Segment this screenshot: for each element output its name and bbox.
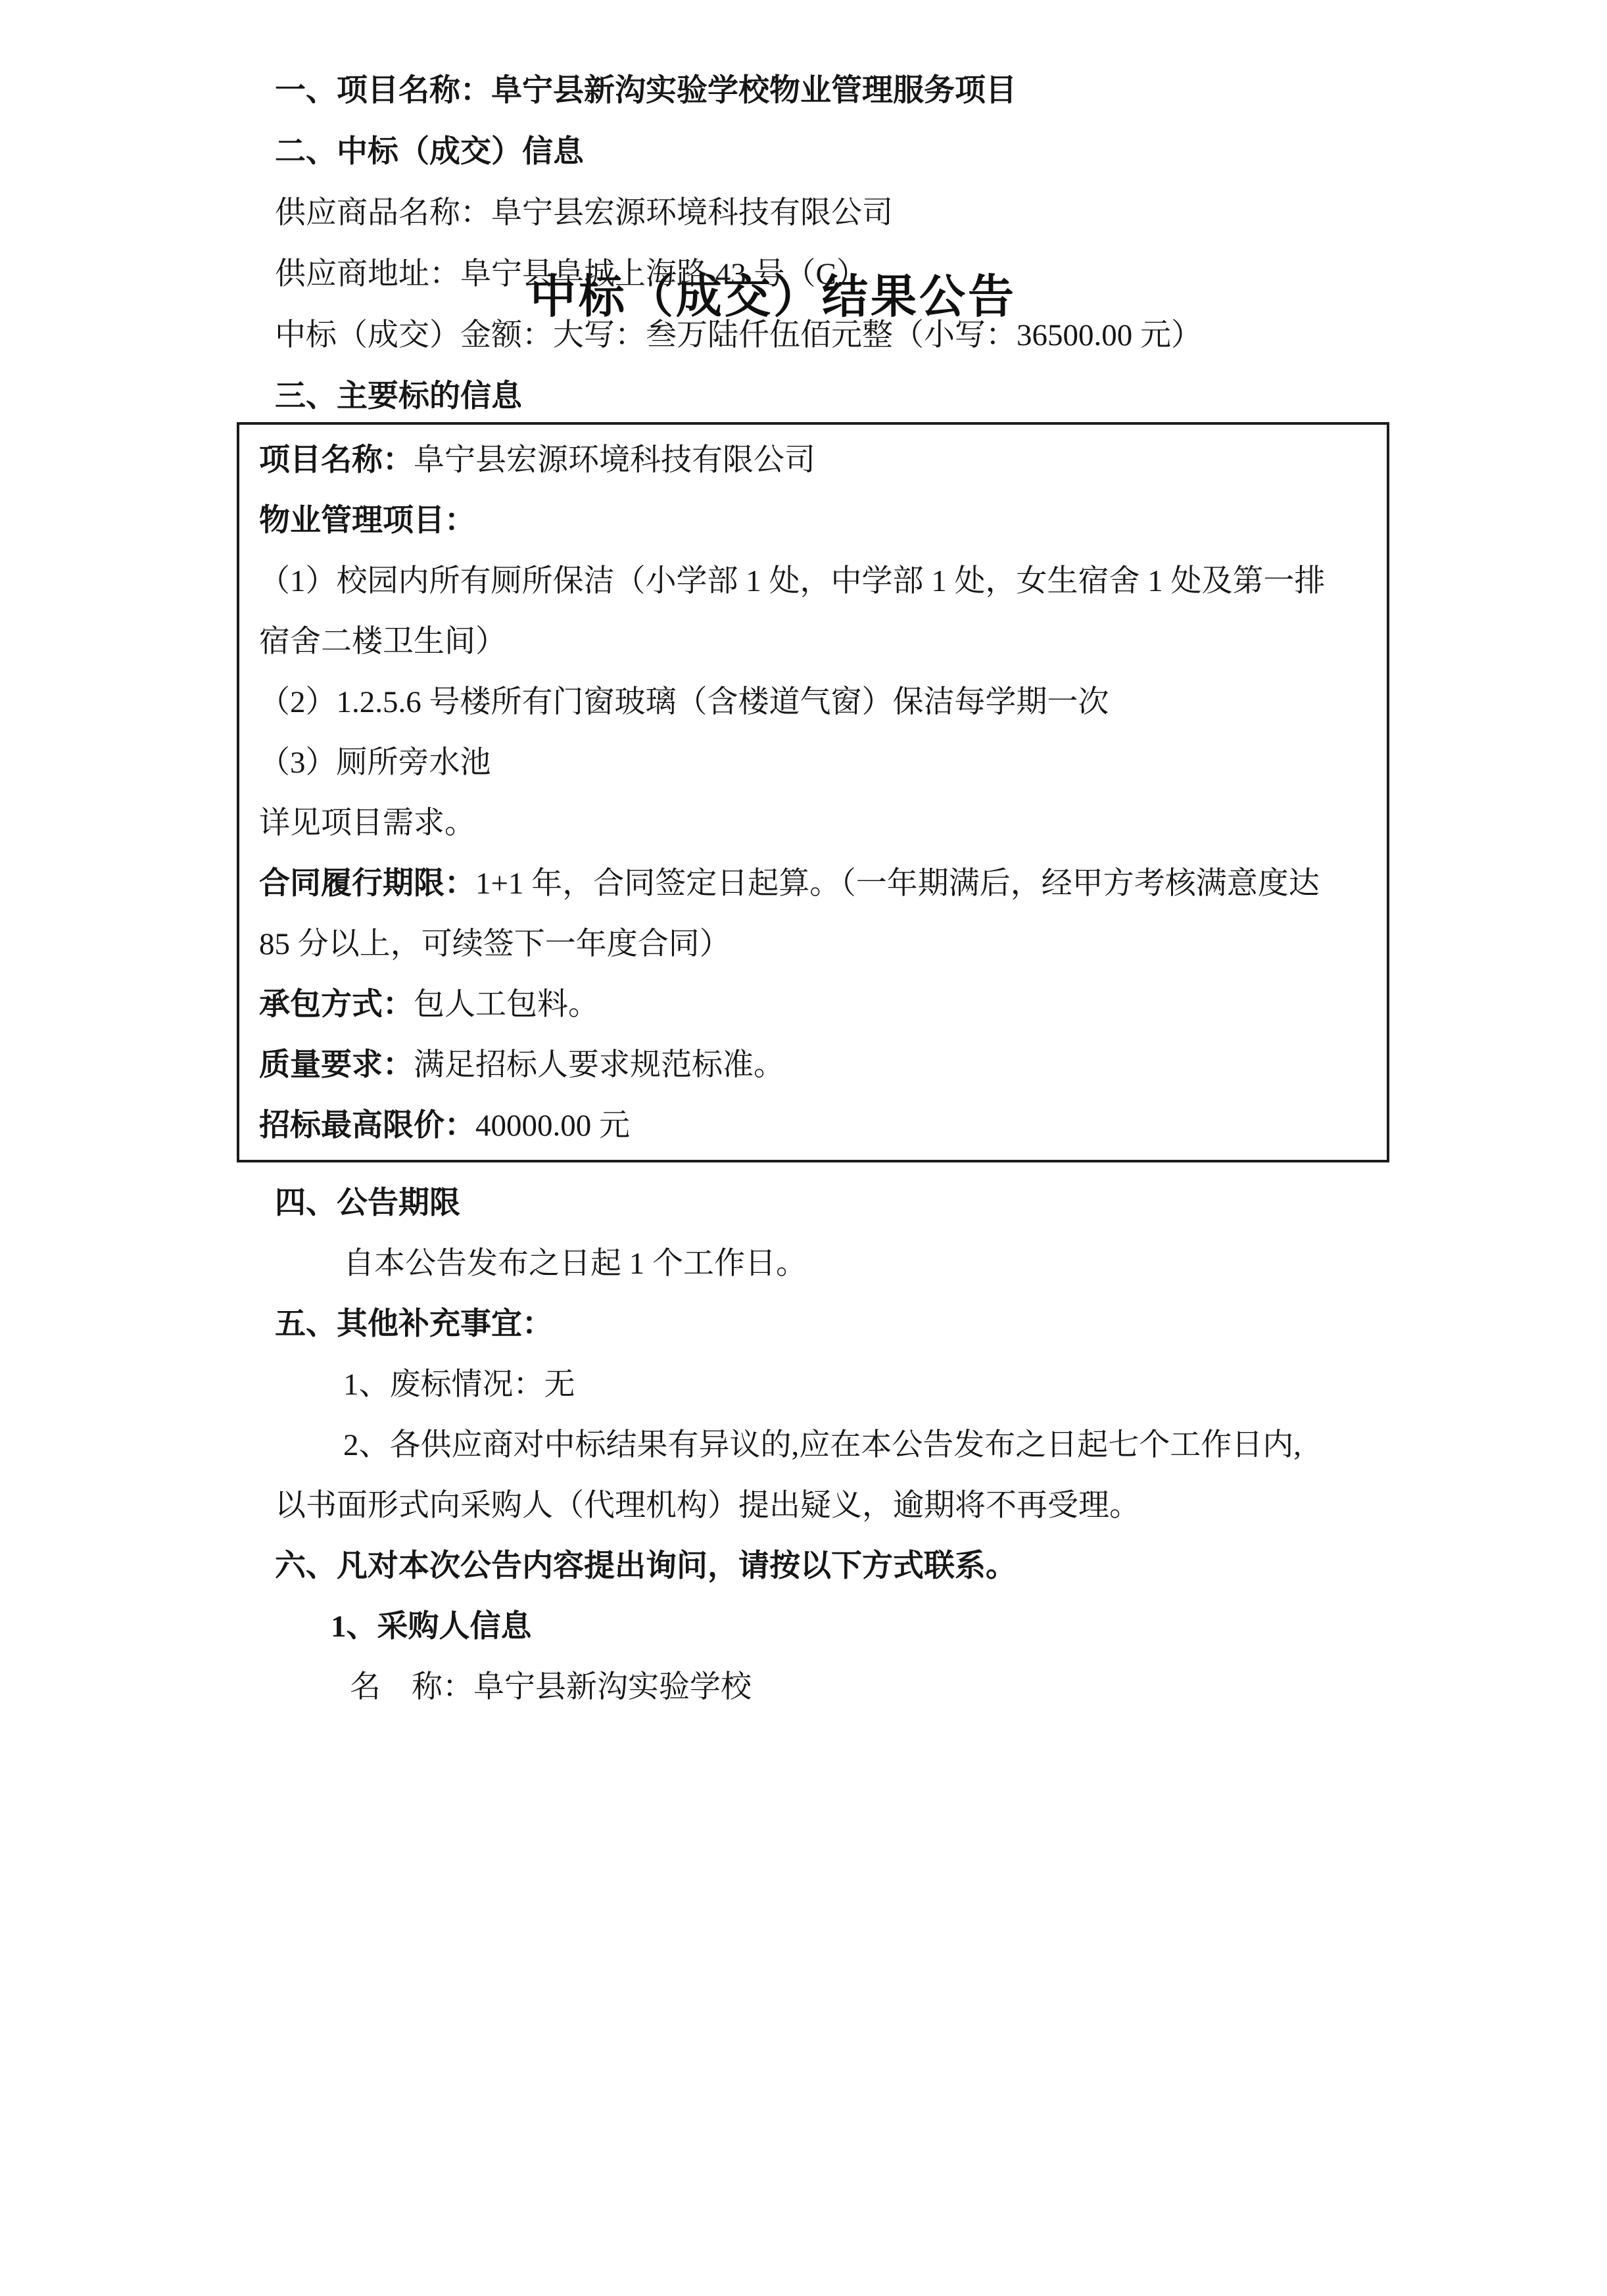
document-body: 一、项目名称：阜宁县新沟实验学校物业管理服务项目 二、中标（成交）信息 供应商品… <box>275 0 1397 1717</box>
box-line-contract-term-part1: 合同履行期限：1+1 年，合同签定日起算。（一年期满后，经甲方考核满意度达 <box>259 853 1375 914</box>
box-line-see-requirements: 详见项目需求。 <box>259 793 1375 853</box>
section-3-label: 三、主要标的信息 <box>275 379 522 414</box>
section-heading-6: 六、凡对本次公告内容提出询问，请按以下方式联系。 <box>275 1536 1397 1596</box>
line-note-1: 1、废标情况：无 <box>275 1354 1397 1415</box>
line-purchaser-heading: 1、采购人信息 <box>275 1596 1397 1657</box>
quality-label: 质量要求： <box>259 1048 414 1082</box>
box-line-task3: （3）厕所旁水池 <box>259 732 1375 793</box>
line-award-amount: 中标（成交）金额：大写：叁万陆仟伍佰元整（小写：36500.00 元） <box>275 305 1397 366</box>
note-1-text: 1、废标情况：无 <box>343 1368 575 1402</box>
box-line-contract-term-part2: 85 分以上，可续签下一年度合同） <box>259 914 1375 974</box>
supplier-address-label: 供应商地址： <box>275 257 460 291</box>
section-heading-5: 五、其他补充事宜： <box>275 1294 1397 1354</box>
box-line-task1-part2: 宿舍二楼卫生间） <box>259 611 1375 672</box>
section-4-label: 四、公告期限 <box>275 1186 460 1220</box>
section-6-label: 六、凡对本次公告内容提出询问，请按以下方式联系。 <box>275 1549 1017 1583</box>
supplier-name-label: 供应商品名称： <box>275 196 491 230</box>
line-note-2-part1: 2、各供应商对中标结果有异议的,应在本公告发布之日起七个工作日内, <box>275 1415 1397 1475</box>
quality-value: 满足招标人要求规范标准。 <box>414 1048 784 1082</box>
max-price-label: 招标最高限价： <box>259 1109 475 1143</box>
purchaser-name-label: 名 称： <box>350 1670 473 1704</box>
supplier-name-value: 阜宁县宏源环境科技有限公司 <box>491 196 893 230</box>
section-1-label: 一、项目名称： <box>275 74 491 108</box>
box-line-contract-mode: 承包方式：包人工包料。 <box>259 974 1375 1035</box>
section-5-label: 五、其他补充事宜： <box>275 1307 553 1341</box>
box-line-max-price: 招标最高限价：40000.00 元 <box>259 1095 1375 1156</box>
award-amount-value: 大写：叁万陆仟伍佰元整（小写：36500.00 元） <box>553 318 1202 352</box>
line-announcement-period: 自本公告发布之日起 1 个工作日。 <box>275 1233 1397 1294</box>
supplier-address-value: 阜宁县阜城上海路 43 号（C） <box>460 257 867 291</box>
award-amount-label: 中标（成交）金额： <box>275 318 553 352</box>
line-note-2-part2: 以书面形式向采购人（代理机构）提出疑义，逾期将不再受理。 <box>275 1475 1397 1536</box>
line-purchaser-name: 名 称：阜宁县新沟实验学校 <box>275 1657 1397 1717</box>
section-heading-2: 二、中标（成交）信息 <box>275 122 1397 183</box>
project-name-label: 项目名称： <box>259 443 414 477</box>
purchaser-name-value: 阜宁县新沟实验学校 <box>473 1670 752 1704</box>
main-bid-info-box: 项目名称：阜宁县宏源环境科技有限公司 物业管理项目： （1）校园内所有厕所保洁（… <box>237 422 1389 1162</box>
box-line-task2: （2）1.2.5.6 号楼所有门窗玻璃（含楼道气窗）保洁每学期一次 <box>259 672 1375 732</box>
task1-text-part1: （1）校园内所有厕所保洁（小学部 1 处，中学部 1 处，女生宿舍 1 处及第一… <box>259 564 1326 598</box>
contract-mode-label: 承包方式： <box>259 988 414 1022</box>
announcement-period-text: 自本公告发布之日起 1 个工作日。 <box>343 1247 807 1281</box>
contract-term-value-2: 85 分以上，可续签下一年度合同） <box>259 927 731 961</box>
see-requirements-text: 详见项目需求。 <box>259 806 475 840</box>
section-1-value: 阜宁县新沟实验学校物业管理服务项目 <box>491 74 1017 108</box>
contract-term-value: 1+1 年，合同签定日起算。（一年期满后，经甲方考核满意度达 <box>475 867 1320 901</box>
box-line-task1-part1: （1）校园内所有厕所保洁（小学部 1 处，中学部 1 处，女生宿舍 1 处及第一… <box>259 551 1375 611</box>
box-line-project-name: 项目名称：阜宁县宏源环境科技有限公司 <box>259 430 1375 490</box>
section-heading-1: 一、项目名称：阜宁县新沟实验学校物业管理服务项目 <box>275 60 1397 122</box>
max-price-value: 40000.00 元 <box>475 1109 630 1143</box>
contract-term-label: 合同履行期限： <box>259 867 475 901</box>
line-supplier-name: 供应商品名称：阜宁县宏源环境科技有限公司 <box>275 183 1397 244</box>
note-2-text-part2: 以书面形式向采购人（代理机构）提出疑义，逾期将不再受理。 <box>275 1489 1140 1523</box>
project-name-value: 阜宁县宏源环境科技有限公司 <box>414 443 815 477</box>
purchaser-heading-text: 1、采购人信息 <box>331 1610 532 1644</box>
task3-text: （3）厕所旁水池 <box>259 746 491 780</box>
box-line-quality: 质量要求：满足招标人要求规范标准。 <box>259 1035 1375 1095</box>
task1-text-part2: 宿舍二楼卫生间） <box>259 625 506 659</box>
document-page: 中标（成交）结果公告 一、项目名称：阜宁县新沟实验学校物业管理服务项目 二、中标… <box>0 0 1607 2296</box>
contract-mode-value: 包人工包料。 <box>414 988 599 1022</box>
note-2-text-part1: 2、各供应商对中标结果有异议的,应在本公告发布之日起七个工作日内, <box>343 1428 1301 1462</box>
section-heading-3: 三、主要标的信息 <box>275 366 1397 427</box>
line-supplier-address: 供应商地址：阜宁县阜城上海路 43 号（C） <box>275 244 1397 305</box>
task2-text: （2）1.2.5.6 号楼所有门窗玻璃（含楼道气窗）保洁每学期一次 <box>259 685 1109 719</box>
box-line-pm-heading: 物业管理项目： <box>259 490 1375 551</box>
section-heading-4: 四、公告期限 <box>275 1173 1397 1233</box>
section-2-label: 二、中标（成交）信息 <box>275 135 584 169</box>
pm-heading-label: 物业管理项目： <box>259 504 475 538</box>
